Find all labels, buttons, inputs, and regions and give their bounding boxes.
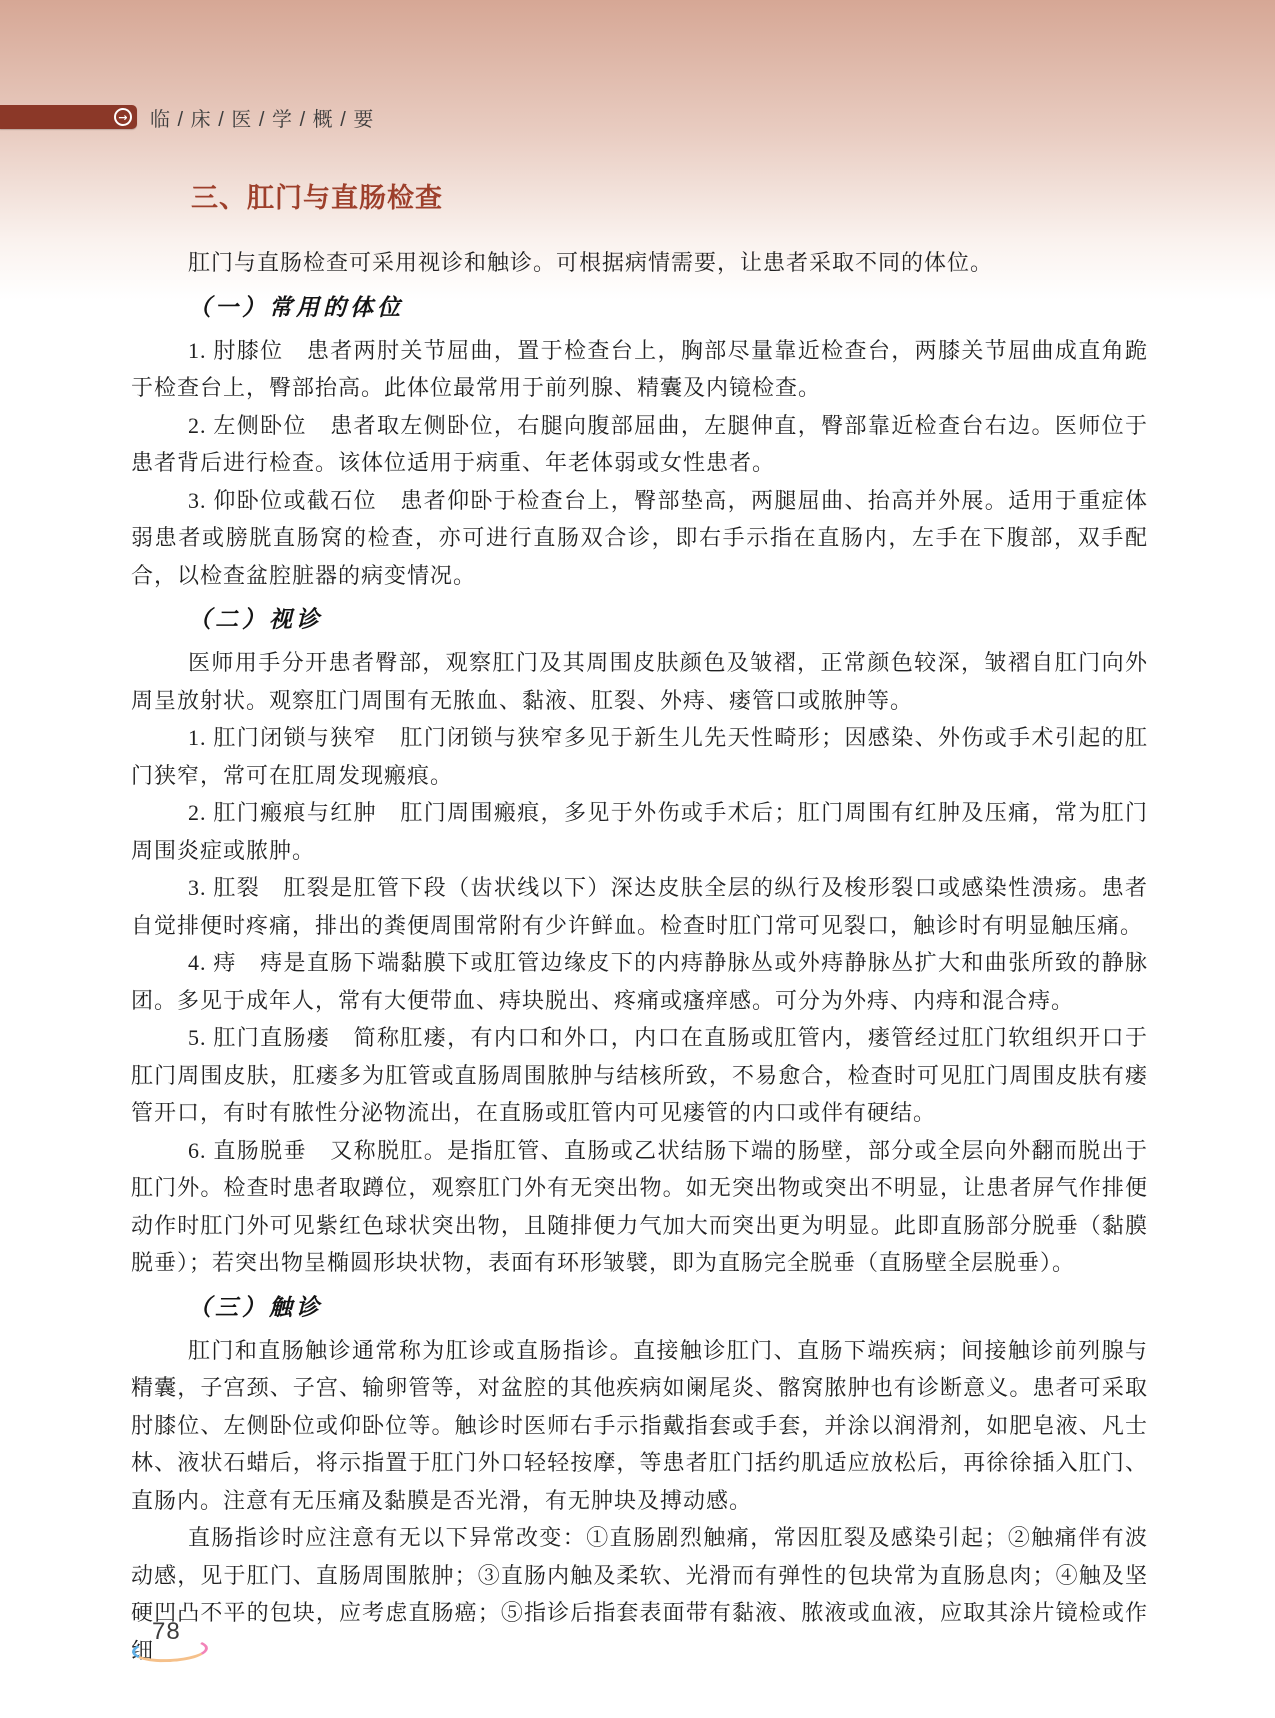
paragraph: 2. 肛门瘢痕与红肿 肛门周围瘢痕，多见于外伤或手术后；肛门周围有红肿及压痛，常… <box>131 794 1148 869</box>
paragraph: 2. 左侧卧位 患者取左侧卧位，右腿向腹部屈曲，左腿伸直，臀部靠近检查台右边。医… <box>131 407 1148 482</box>
page-number: 78 <box>152 1618 181 1646</box>
page-footer: 78 <box>128 1618 214 1662</box>
page-content: 三、肛门与直肠检查 肛门与直肠检查可采用视诊和触诊。可根据病情需要，让患者采取不… <box>131 182 1148 1669</box>
header-band: → <box>0 105 137 129</box>
subsection-heading-positions: （一）常用的体位 <box>131 291 1148 325</box>
intro-paragraph: 肛门与直肠检查可采用视诊和触诊。可根据病情需要，让患者采取不同的体位。 <box>131 244 1148 282</box>
book-title: 临 / 床 / 医 / 学 / 概 / 要 <box>150 105 374 129</box>
paragraph: 医师用手分开患者臀部，观察肛门及其周围皮肤颜色及皱褶，正常颜色较深，皱褶自肛门向… <box>131 644 1148 719</box>
paragraph: 肛门和直肠触诊通常称为肛诊或直肠指诊。直接触诊肛门、直肠下端疾病；间接触诊前列腺… <box>131 1332 1148 1520</box>
arrow-right-circle-icon: → <box>114 108 132 126</box>
section-title: 三、肛门与直肠检查 <box>191 182 1148 214</box>
paragraph: 4. 痔 痔是直肠下端黏膜下或肛管边缘皮下的内痔静脉丛或外痔静脉丛扩大和曲张所致… <box>131 944 1148 1019</box>
paragraph: 5. 肛门直肠瘘 简称肛瘘，有内口和外口，内口在直肠或肛管内，瘘管经过肛门软组织… <box>131 1019 1148 1132</box>
paragraph: 6. 直肠脱垂 又称脱肛。是指肛管、直肠或乙状结肠下端的肠壁，部分或全层向外翻而… <box>131 1132 1148 1282</box>
running-header: → 临 / 床 / 医 / 学 / 概 / 要 <box>0 105 1275 131</box>
paragraph: 3. 仰卧位或截石位 患者仰卧于检查台上，臀部垫高，两腿屈曲、抬高并外展。适用于… <box>131 482 1148 595</box>
subsection-heading-inspection: （二）视诊 <box>131 603 1148 637</box>
paragraph: 3. 肛裂 肛裂是肛管下段（齿状线以下）深达皮肤全层的纵行及梭形裂口或感染性溃疡… <box>131 869 1148 944</box>
paragraph: 1. 肛门闭锁与狭窄 肛门闭锁与狭窄多见于新生儿先天性畸形；因感染、外伤或手术引… <box>131 719 1148 794</box>
paragraph: 直肠指诊时应注意有无以下异常改变：①直肠剧烈触痛，常因肛裂及感染引起；②触痛伴有… <box>131 1519 1148 1669</box>
paragraph: 1. 肘膝位 患者两肘关节屈曲，置于检查台上，胸部尽量靠近检查台，两膝关节屈曲成… <box>131 332 1148 407</box>
subsection-heading-palpation: （三）触诊 <box>131 1291 1148 1325</box>
